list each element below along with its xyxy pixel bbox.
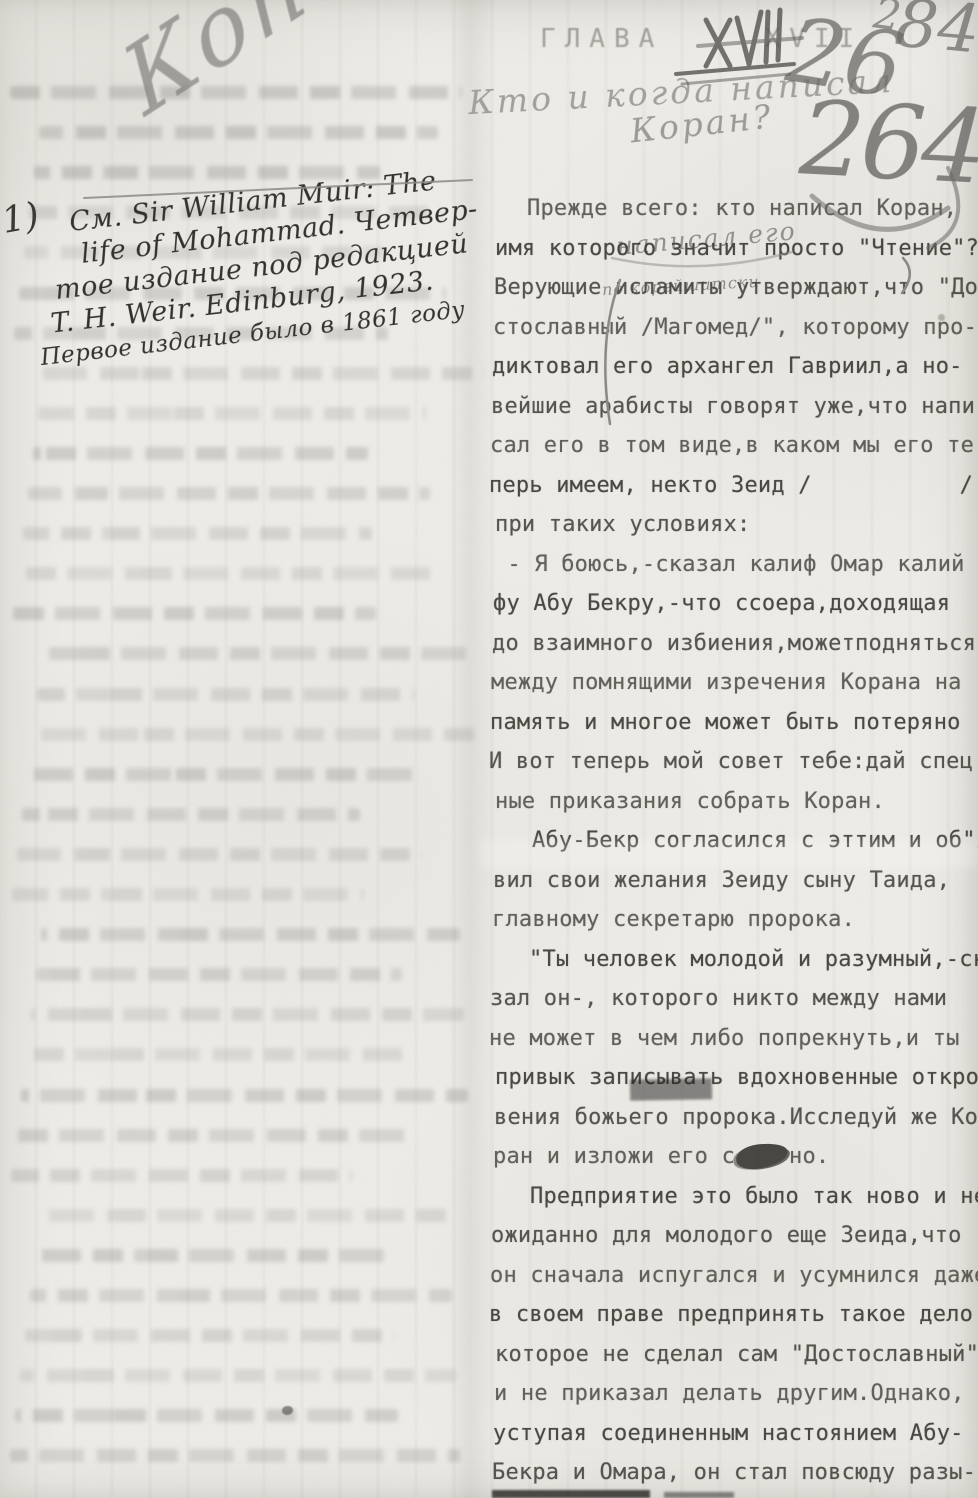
typed-line: Верующие исламиты утверждают,что "До <box>494 275 978 301</box>
scanned-typescript-page: Копия ГЛАВА XVII Кто и когда написал Кор… <box>0 0 978 1498</box>
typed-line: перь имеем, некто Зеид / / <box>489 473 973 499</box>
typed-line: ожиданно для молодого еще Зеида,что <box>491 1223 962 1249</box>
typed-line: и не приказал делать другим.Однако, <box>494 1381 965 1407</box>
typed-line: имя которого значит просто "Чтение"? <box>495 236 978 262</box>
typed-line: он сначала испугался и усумнился даже <box>490 1263 978 1289</box>
typed-line: И вот теперь мой совет тебе:дай спец <box>489 749 973 775</box>
typed-line: "Ты человек молодой и разумный,-ска <box>529 947 978 973</box>
typed-line: в своем праве предпринять такое дело <box>489 1302 973 1328</box>
text-after-blot: но. <box>789 1144 829 1169</box>
typed-line: при таких условиях: <box>495 512 750 538</box>
typed-line: Прежде всего: кто написал Коран, <box>527 196 957 222</box>
typed-line: до взаимного избиения,можетподняться <box>492 631 976 657</box>
typed-line: стославный /Магомед/", которому про- <box>493 315 977 341</box>
text-before-blot: ран и изложи его с <box>493 1144 735 1169</box>
typed-line: вил свои желания Зеиду сыну Таида, <box>493 868 950 894</box>
typed-line: - Я боюсь,-сказал калиф Омар калий <box>494 552 965 578</box>
typed-line: Предприятие это было так ново и не <box>530 1184 978 1210</box>
typed-line: диктовал его архангел Гавриил,а но- <box>492 354 963 380</box>
typed-line: между помнящими изречения Корана на <box>491 670 962 696</box>
typed-line: которое не сделал сам "Достославный" <box>495 1342 978 1368</box>
typed-line: память и многое может быть потеряно <box>490 710 961 736</box>
typed-line: уступая соединенным настоянием Абу- <box>493 1421 964 1447</box>
typed-line: вения божьего пророка.Исследуй же Ко <box>494 1105 978 1131</box>
typed-line: сал его в том виде,в каком мы его те <box>490 433 974 459</box>
typed-line: зал он-, которого никто между нами <box>490 986 947 1012</box>
typed-text: Прежде всего: кто написал Коран,имя кото… <box>0 0 978 1498</box>
typed-line: привык записывать вдохновенные откро <box>495 1065 978 1091</box>
typed-line: ные приказания собрать Коран. <box>495 789 885 815</box>
typed-line: ран и изложи его сно. <box>493 1144 829 1170</box>
typed-line: фу Абу Бекру,-что ссоера,доходящая <box>493 591 950 617</box>
typed-line: не может в чем либо попрекнуть,и ты <box>489 1026 960 1052</box>
typed-line: Абу-Бекр согласился с эттим и об"я- <box>532 828 978 854</box>
ink-blot <box>735 1141 790 1171</box>
typed-line: Бекра и Омара, он стал повсюду разы- <box>492 1460 976 1486</box>
typed-line: вейшие арабисты говорят уже,что напи <box>491 394 975 420</box>
typed-line: главному секретарю пророка. <box>492 907 855 933</box>
